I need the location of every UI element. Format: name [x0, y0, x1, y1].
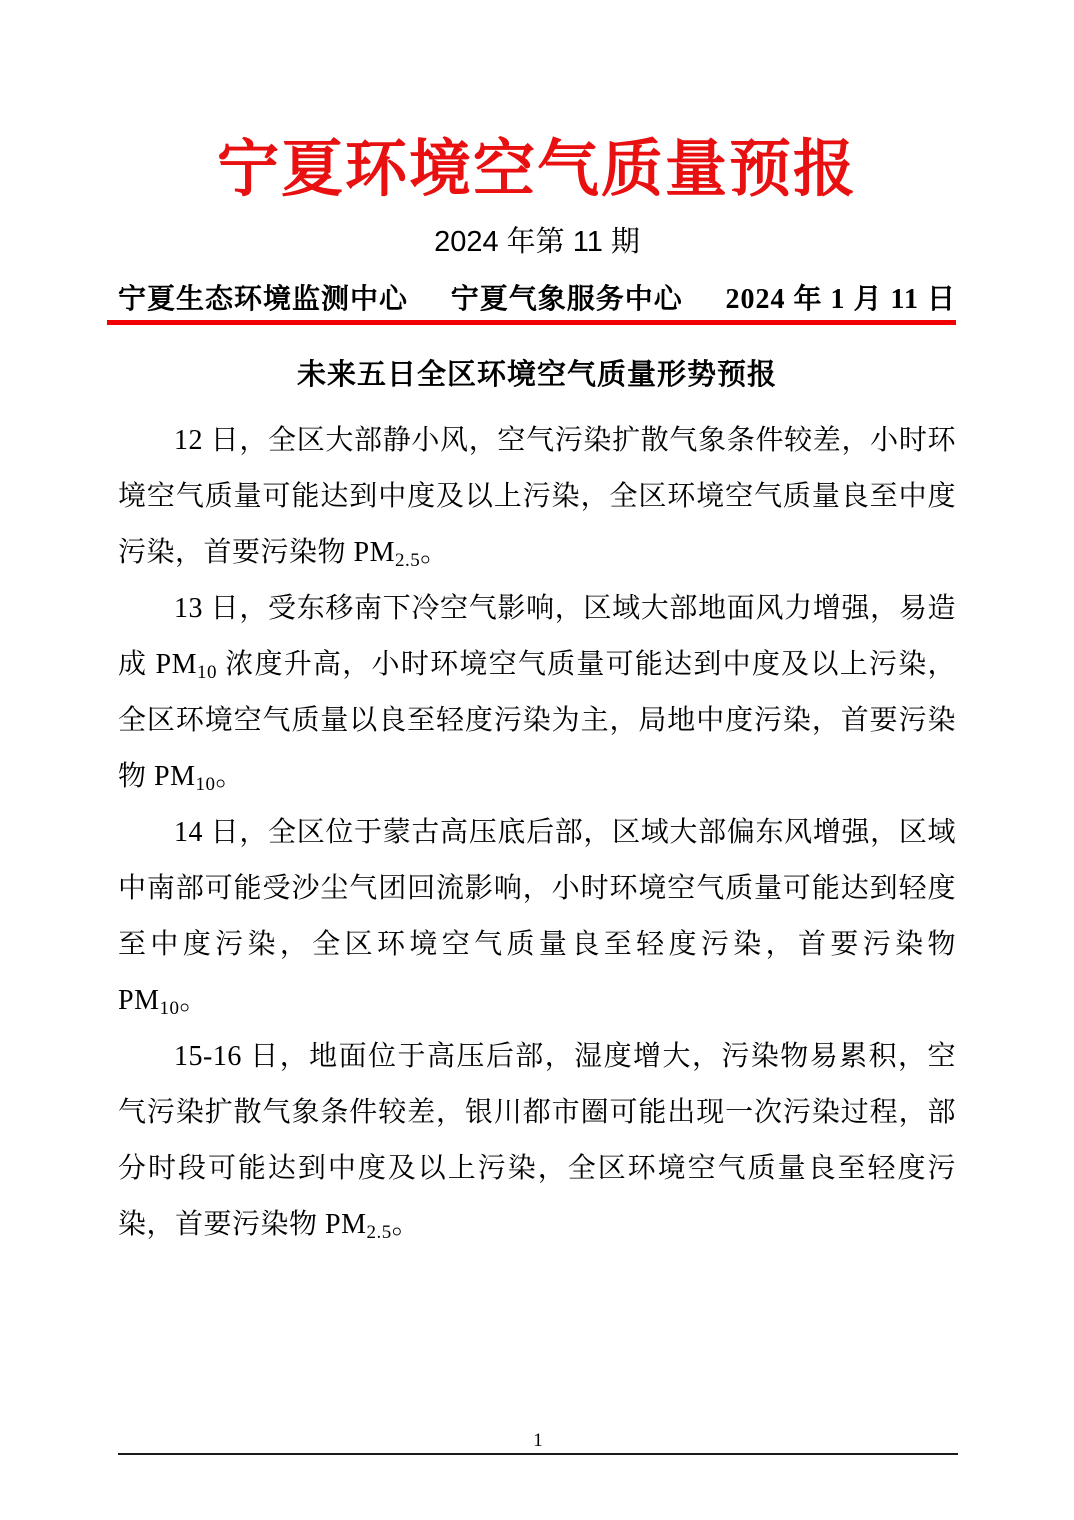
pollutant-subscript: 10 — [195, 774, 215, 795]
paragraph-text: 。 — [179, 985, 208, 1016]
paragraph-text: 。 — [215, 761, 244, 792]
forecast-paragraph: 15-16 日，地面位于高压后部，湿度增大，污染物易累积，空气污染扩散气象条件较… — [118, 1029, 956, 1253]
page-number: 1 — [118, 1429, 958, 1452]
issuing-org-center: 宁夏气象服务中心 — [451, 284, 683, 314]
forecast-paragraph: 13 日，受东移南下冷空气影响，区域大部地面风力增强，易造成 PM10 浓度升高… — [118, 581, 956, 805]
pollutant-subscript: 2.5 — [366, 1222, 391, 1243]
paragraph-text: 15-16 日，地面位于高压后部，湿度增大，污染物易累积，空气污染扩散气象条件较… — [118, 1041, 956, 1240]
paragraph-text: 。 — [420, 537, 449, 568]
forecast-paragraphs: 12 日，全区大部静小风，空气污染扩散气象条件较差，小时环境空气质量可能达到中度… — [118, 413, 956, 1253]
issue-date: 2024 年 1 月 11 日 — [726, 285, 956, 315]
pollutant-subscript: 10 — [197, 662, 217, 683]
paragraph-text: 14 日，全区位于蒙古高压底后部，区域大部偏东风增强，区域中南部可能受沙尘气团回… — [118, 817, 956, 1016]
forecast-paragraph: 14 日，全区位于蒙古高压底后部，区域大部偏东风增强，区域中南部可能受沙尘气团回… — [118, 805, 956, 1029]
document-title: 宁夏环境空气质量预报 — [118, 0, 956, 206]
pollutant-subscript: 10 — [159, 998, 179, 1019]
pollutant-subscript: 2.5 — [395, 550, 420, 571]
forecast-paragraph: 12 日，全区大部静小风，空气污染扩散气象条件较差，小时环境空气质量可能达到中度… — [118, 413, 956, 581]
red-divider-line — [107, 320, 956, 325]
page-footer: 1 — [118, 1429, 958, 1455]
footer-divider-line — [118, 1453, 958, 1455]
document-page: 宁夏环境空气质量预报 2024 年第 11 期 宁夏生态环境监测中心 宁夏气象服… — [0, 0, 1074, 1520]
issue-number: 2024 年第 11 期 — [118, 226, 956, 258]
paragraph-text: 。 — [392, 1209, 421, 1240]
issuer-header-row: 宁夏生态环境监测中心 宁夏气象服务中心 2024 年 1 月 11 日 — [118, 284, 956, 315]
paragraph-text: 12 日，全区大部静小风，空气污染扩散气象条件较差，小时环境空气质量可能达到中度… — [118, 425, 956, 568]
section-heading: 未来五日全区环境空气质量形势预报 — [118, 358, 956, 392]
document-content: 宁夏环境空气质量预报 2024 年第 11 期 宁夏生态环境监测中心 宁夏气象服… — [118, 0, 956, 1253]
issuing-org-left: 宁夏生态环境监测中心 — [118, 284, 408, 314]
